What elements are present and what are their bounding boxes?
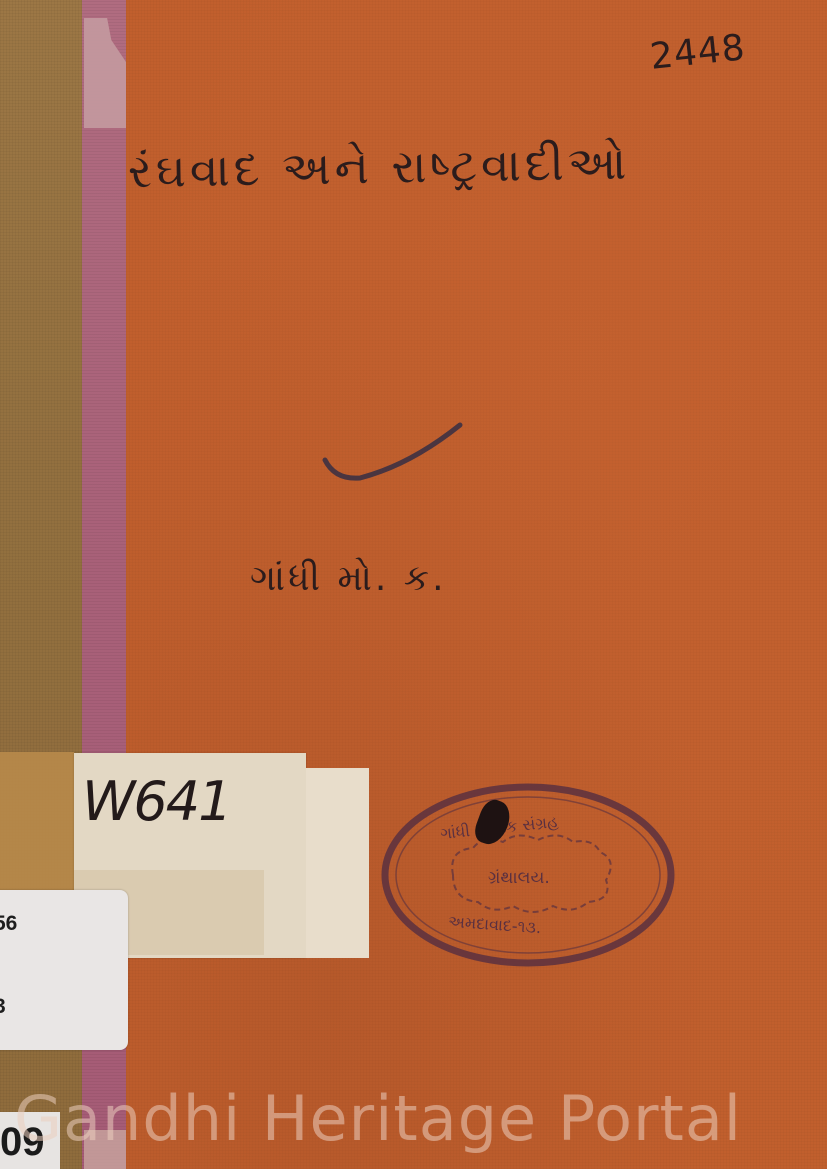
stamp-center-text: ગ્રંથાલય. [488,868,550,888]
tape-strip [0,752,74,902]
sticker-line-1: 56 [0,912,17,936]
check-mark-icon [320,420,465,485]
call-number: W641 [82,770,230,833]
watermark: Gandhi Heritage Portal [14,1082,814,1155]
cover-title: રંઘવાદ અને રાષ્ટ્રવાદીઓ [128,136,631,201]
cover-author: ગાંધી મો. ક. [250,558,447,600]
shelf-sticker: 56 I 3 [0,890,128,1050]
sticker-line-3: 3 [0,995,6,1019]
library-label-flap [306,768,369,958]
